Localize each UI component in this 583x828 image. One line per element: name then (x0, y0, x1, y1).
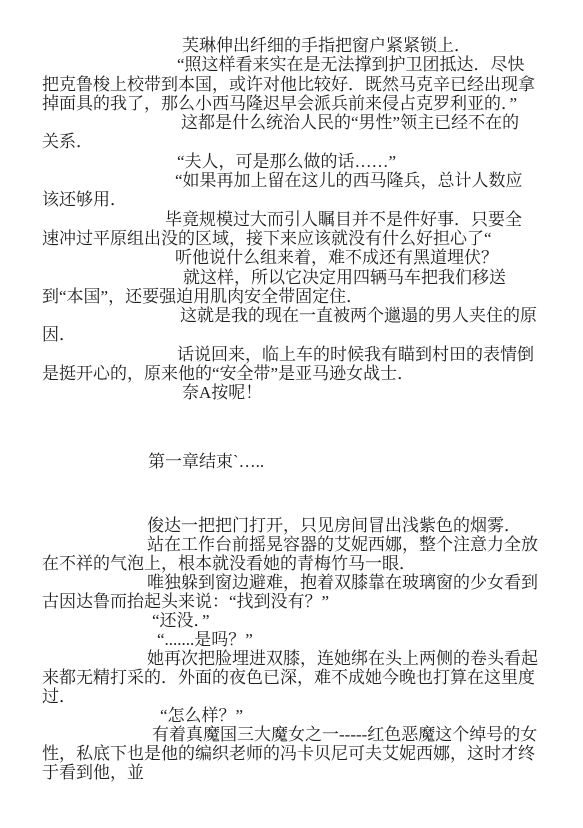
text-line: 芙琳伸出纤细的手指把窗户紧紧锁上． (182, 36, 553, 55)
page-content: 芙琳伸出纤细的手指把窗户紧紧锁上．“照这样看来实在是无法撑到护卫团抵达．尽快把克… (42, 36, 553, 782)
text-line: 在不祥的气泡上，根本就没看她的青梅竹马一眼． (42, 554, 553, 573)
text-line: 到“本国”，还要强迫用肌肉安全带固定住． (42, 287, 553, 306)
text-line: 唯独躲到窗边避难，抱着双膝靠在玻璃窗的少女看到 (147, 573, 553, 592)
text-line: 是挺开心的，原来他的“安全带”是亚马逊女战士． (42, 364, 553, 383)
text-line: 关系． (42, 132, 553, 151)
text-line: 这就是我的现在一直被两个邋遢的男人夹住的原 (180, 306, 553, 325)
text-line: 于看到他，並 (42, 763, 553, 782)
text-line: 性，私底下也是他的编织老师的冯卡贝尼可夫艾妮西娜，这时才终 (42, 744, 553, 763)
text-line: 把克鲁梭上校带到本国，或许对他比较好．既然马克辛已经出现拿 (42, 75, 553, 94)
text-line: 来都无精打采的．外面的夜色已深，难不成她今晚也打算在这里度 (42, 668, 553, 687)
text-line: 该还够用． (42, 190, 553, 209)
text-line: “.......是吗？” (157, 630, 553, 649)
novel-page: 芙琳伸出纤细的手指把窗户紧紧锁上．“照这样看来实在是无法撑到护卫团抵达．尽快把克… (0, 0, 583, 828)
text-line: 奈A按呢！ (182, 383, 553, 402)
text-line: “夫人，可是那么做的话……” (177, 152, 553, 171)
text-line: 话说回来，临上车的时候我有瞄到村田的表情倒 (177, 345, 553, 364)
text-line: 站在工作台前摇晃容器的艾妮西娜，整个注意力全放 (147, 535, 553, 554)
text-line: “照这样看来实在是无法撑到护卫团抵达．尽快 (177, 55, 553, 74)
text-line: 她再次把脸埋进双膝，连她绑在头上两侧的卷头看起 (147, 649, 553, 668)
text-line: 毕竟规模过大而引人瞩目并不是件好事．只要全 (165, 210, 553, 229)
text-line: 听他说什么组来着，难不成还有黑道埋伏？ (175, 248, 553, 267)
text-line: 过． (42, 687, 553, 706)
text-line: 因． (42, 325, 553, 344)
text-line: 这都是什么统治人民的“男性”领主已经不在的 (181, 113, 553, 132)
text-line: “还没．” (152, 611, 553, 630)
text-line: 速冲过平原组出没的区域，接下来应该就没有什么好担心了“ (42, 229, 553, 248)
text-line: 就这样，所以它决定用四辆马车把我们移送 (183, 268, 553, 287)
text-line: 俊达一把把门打开，只见房间冒出浅紫色的烟雾． (147, 516, 553, 535)
text-line: 有着真魔国三大魔女之一-----红色恶魔这个绰号的女 (152, 725, 553, 744)
text-line: 掉面具的我了，那么小西马隆迟早会派兵前来侵占克罗利亚的．” (42, 94, 553, 113)
text-line: “怎么样？” (160, 706, 553, 725)
text-line: “如果再加上留在这儿的西马隆兵，总计人数应 (175, 171, 553, 190)
text-line: 第一章结束`….. (148, 452, 553, 471)
text-line: 古因达鲁而抬起头来说：“找到没有？” (42, 592, 553, 611)
